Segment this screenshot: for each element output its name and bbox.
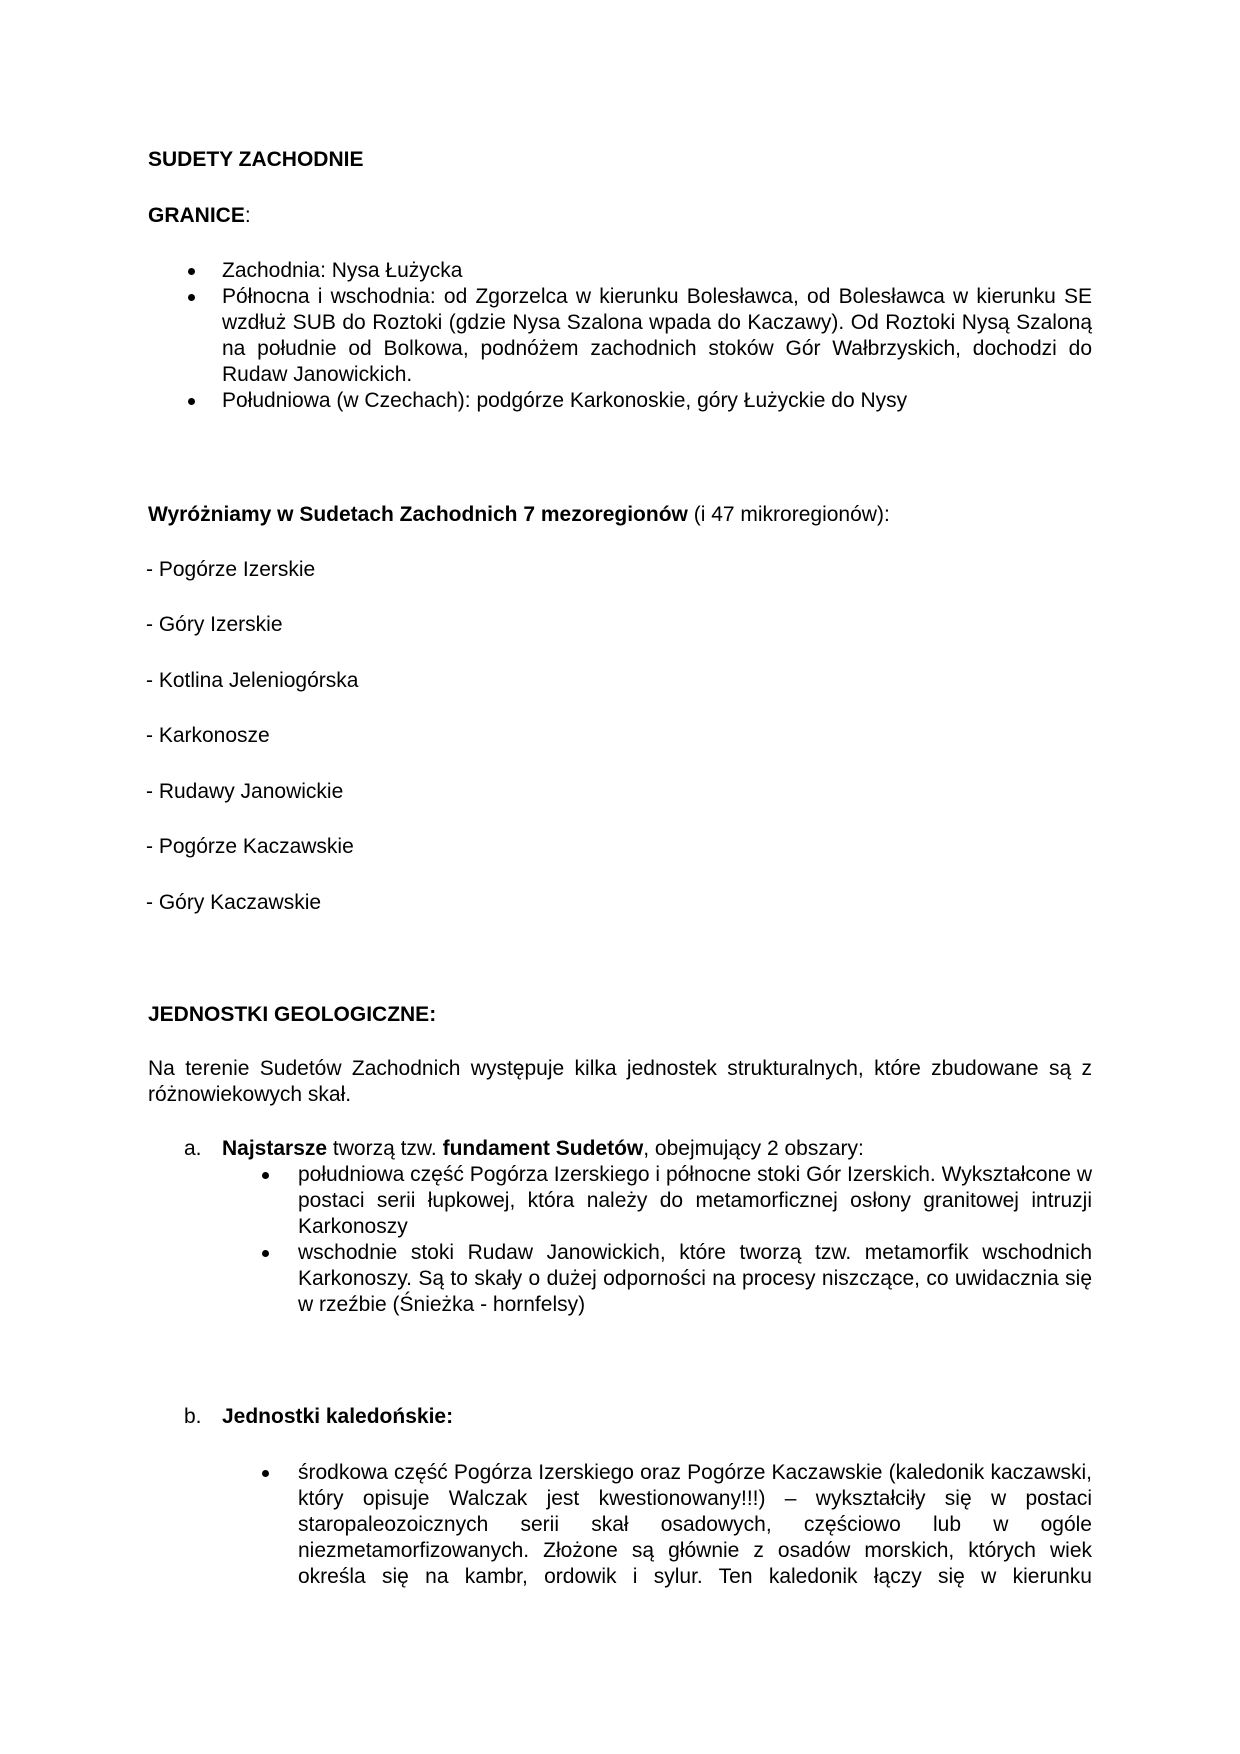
mezoregion-item: - Karkonosze — [146, 723, 270, 749]
mezoregion-item: - Pogórze Izerskie — [146, 557, 315, 583]
section-a-text1: tworzą tzw. — [327, 1137, 443, 1160]
bullet-icon — [262, 1172, 269, 1179]
list-item: wschodnie stoki Rudaw Janowickich, które… — [258, 1240, 1092, 1318]
list-item-text: wschodnie stoki Rudaw Janowickich, które… — [298, 1241, 1092, 1316]
mezoregion-item: - Pogórze Kaczawskie — [146, 834, 354, 860]
list-item: środkowa część Pogórza Izerskiego oraz P… — [258, 1460, 1092, 1590]
bullet-icon — [188, 268, 195, 275]
mezoregion-item: - Rudawy Janowickie — [146, 779, 343, 805]
list-item-text: Północna i wschodnia: od Zgorzelca w kie… — [222, 285, 1092, 386]
section-b-heading: b.Jednostki kaledońskie: — [184, 1404, 1092, 1430]
section-b-heading-text: Jednostki kaledońskie: — [222, 1405, 453, 1428]
document-page: SUDETY ZACHODNIE GRANICE: Zachodnia: Nys… — [0, 0, 1240, 1754]
section-b-list: środkowa część Pogórza Izerskiego oraz P… — [258, 1460, 1092, 1590]
mezoregiony-intro-rest: (i 47 mikroregionów): — [688, 503, 890, 526]
list-item: Zachodnia: Nysa Łużycka — [184, 258, 1092, 284]
mezoregiony-intro: Wyróżniamy w Sudetach Zachodnich 7 mezor… — [148, 502, 890, 528]
list-item: Północna i wschodnia: od Zgorzelca w kie… — [184, 284, 1092, 388]
granice-heading-colon: : — [245, 204, 251, 227]
list-item: południowa część Pogórza Izerskiego i pó… — [258, 1162, 1092, 1240]
section-a-letter: a. — [184, 1136, 222, 1162]
mezoregion-item: - Góry Izerskie — [146, 612, 283, 638]
geologia-intro: Na terenie Sudetów Zachodnich występuje … — [148, 1056, 1092, 1108]
bullet-icon — [188, 398, 195, 405]
geologia-heading: JEDNOSTKI GEOLOGICZNE: — [148, 1002, 436, 1028]
list-item-text: południowa część Pogórza Izerskiego i pó… — [298, 1163, 1092, 1238]
section-a-text2: , obejmujący 2 obszary: — [643, 1137, 864, 1160]
mezoregiony-intro-bold: Wyróżniamy w Sudetach Zachodnich 7 mezor… — [148, 503, 688, 526]
section-a-list: południowa część Pogórza Izerskiego i pó… — [258, 1162, 1092, 1318]
section-a-bold2: fundament Sudetów — [443, 1137, 644, 1160]
list-item-text: środkowa część Pogórza Izerskiego oraz P… — [298, 1461, 1092, 1588]
list-item-text: Południowa (w Czechach): podgórze Karkon… — [222, 389, 907, 412]
granice-list: Zachodnia: Nysa Łużycka Północna i wscho… — [184, 258, 1092, 414]
list-item: Południowa (w Czechach): podgórze Karkon… — [184, 388, 1092, 414]
bullet-icon — [262, 1250, 269, 1257]
document-title: SUDETY ZACHODNIE — [148, 147, 363, 173]
bullet-icon — [262, 1470, 269, 1477]
section-a-bold1: Najstarsze — [222, 1137, 327, 1160]
mezoregion-item: - Kotlina Jeleniogórska — [146, 668, 358, 694]
mezoregion-item: - Góry Kaczawskie — [146, 890, 321, 916]
section-a-heading: a.Najstarsze tworzą tzw. fundament Sudet… — [184, 1136, 1092, 1162]
granice-heading: GRANICE: — [148, 203, 251, 229]
bullet-icon — [188, 294, 195, 301]
section-b-letter: b. — [184, 1404, 222, 1430]
granice-heading-text: GRANICE — [148, 204, 245, 227]
list-item-text: Zachodnia: Nysa Łużycka — [222, 259, 462, 282]
